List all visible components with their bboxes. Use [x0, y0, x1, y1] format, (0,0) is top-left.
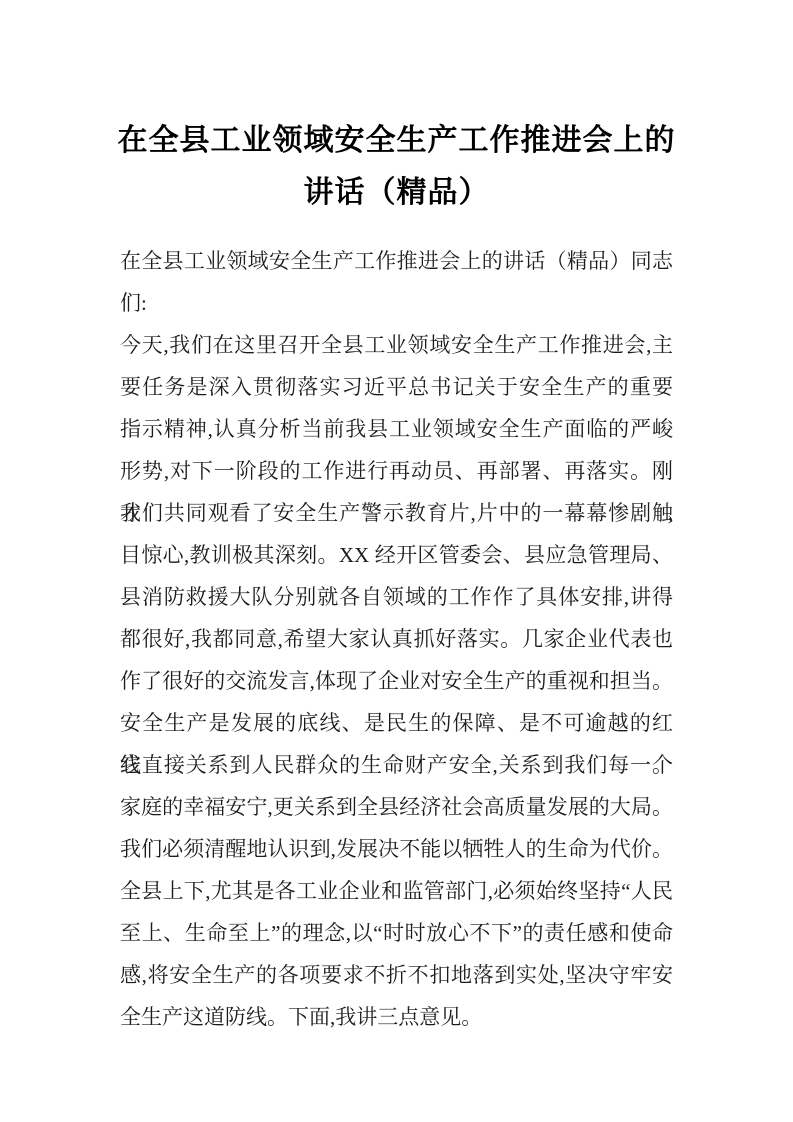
body-text-line: 都很好,我都同意,希望大家认真抓好落实。几家企业代表也	[120, 618, 673, 660]
body-text-line: 全县上下,尤其是各工业企业和监管部门,必须始终坚持“人民	[120, 870, 673, 912]
document-page: 在全县工业领域安全生产工作推进会上的 讲话（精品） 在全县工业领域安全生产工作推…	[0, 0, 793, 1122]
body-text-line: 今天,我们在这里召开全县工业领域安全生产工作推进会,主	[120, 324, 673, 366]
document-title-line-1: 在全县工业领域安全生产工作推进会上的	[0, 115, 793, 167]
body-text-line: 们:	[120, 282, 673, 324]
body-text-line: 感,将安全生产的各项要求不折不扣地落到实处,坚决守牢安	[120, 954, 673, 996]
document-body: 在全县工业领域安全生产工作推进会上的讲话（精品）同志们:今天,我们在这里召开全县…	[120, 240, 673, 1038]
body-text-line: 目惊心,教训极其深刻。XX 经开区管委会、县应急管理局、	[120, 534, 673, 576]
body-text-line: 全生产这道防线。下面,我讲三点意见。	[120, 996, 673, 1038]
body-text-line: 在全县工业领域安全生产工作推进会上的讲话（精品）同志	[120, 240, 673, 282]
body-text-line: 我们必须清醒地认识到,发展决不能以牺牲人的生命为代价。	[120, 828, 673, 870]
document-title-line-2: 讲话（精品）	[0, 167, 793, 219]
body-text-line: 形势,对下一阶段的工作进行再动员、再部署、再落实。刚才,	[120, 450, 673, 492]
body-text-line: 它直接关系到人民群众的生命财产安全,关系到我们每一个	[120, 744, 673, 786]
body-text-line: 至上、生命至上”的理念,以“时时放心不下”的责任感和使命	[120, 912, 673, 954]
body-text-line: 我们共同观看了安全生产警示教育片,片中的一幕幕惨剧触	[120, 492, 673, 534]
body-text-line: 安全生产是发展的底线、是民生的保障、是不可逾越的红线。	[120, 702, 673, 744]
body-text-line: 指示精神,认真分析当前我县工业领域安全生产面临的严峻	[120, 408, 673, 450]
body-text-line: 县消防救援大队分别就各自领域的工作作了具体安排,讲得	[120, 576, 673, 618]
document-title: 在全县工业领域安全生产工作推进会上的 讲话（精品）	[0, 0, 793, 219]
body-text-line: 家庭的幸福安宁,更关系到全县经济社会高质量发展的大局。	[120, 786, 673, 828]
body-text-line: 作了很好的交流发言,体现了企业对安全生产的重视和担当。	[120, 660, 673, 702]
body-text-line: 要任务是深入贯彻落实习近平总书记关于安全生产的重要	[120, 366, 673, 408]
